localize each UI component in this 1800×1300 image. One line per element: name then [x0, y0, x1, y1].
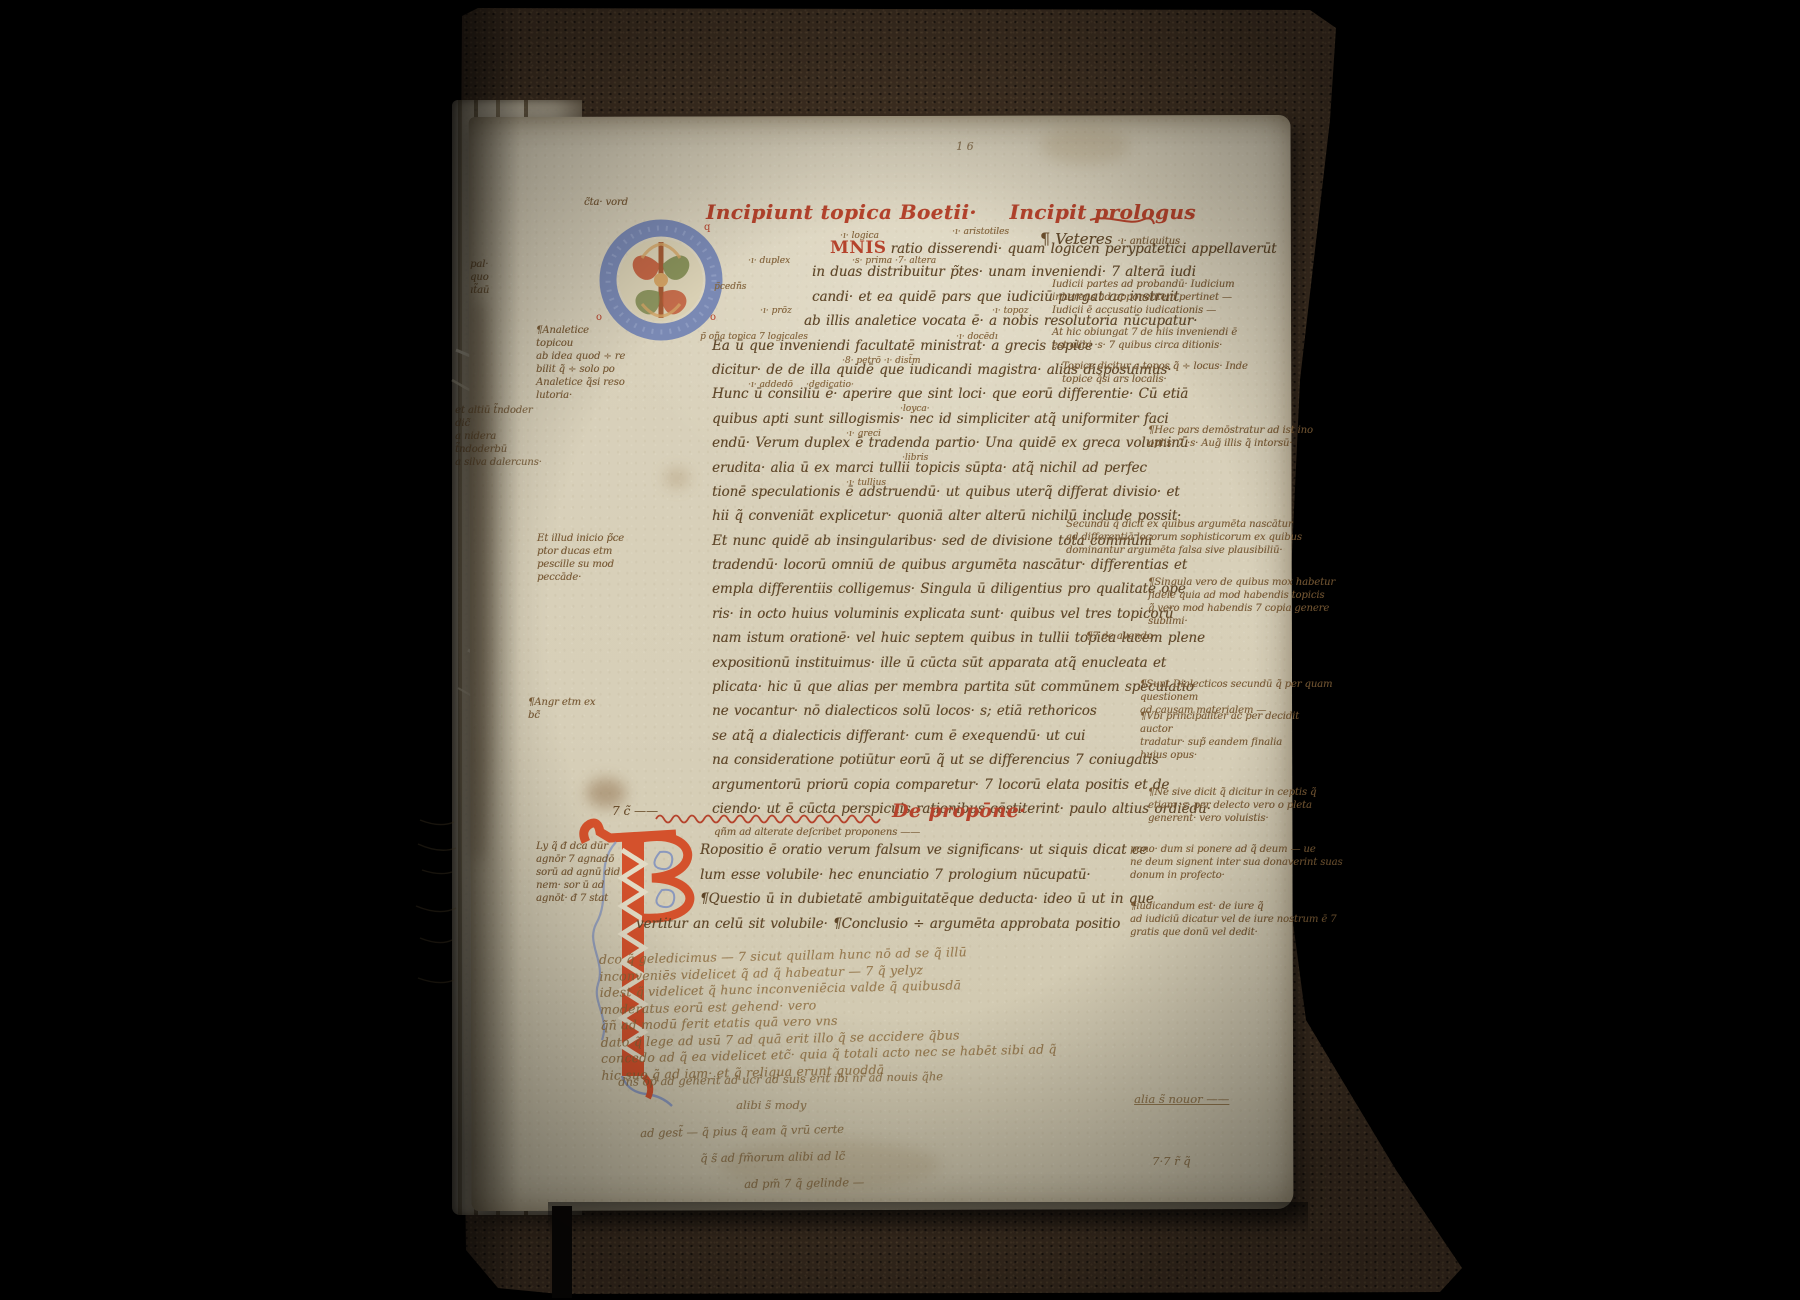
interlinear-gloss: ·ı· docēdı [956, 332, 998, 342]
main-text-line: se atq̃ a dialecticis differant· cum ē e… [712, 724, 1158, 748]
interlinear-gloss: ·s· prima ·7· altera [852, 256, 936, 266]
interlinear-gloss: ·dedicatio· [806, 380, 854, 390]
paragraph-mark: ¶ [1040, 229, 1050, 248]
left-gloss: Ly q̃ đ dca dūr agnōr 7 agnadō sorū ad a… [536, 840, 626, 905]
propositio-paragraph: Ropositio ē oratio verum falsum ve signi… [700, 838, 1152, 936]
prop-line: lum esse volubile· hec enunciatio 7 prol… [700, 863, 1152, 888]
manuscript-photo: c̃ta· vord 1 6 Incipiunt topica Boetii· … [0, 0, 1800, 1300]
main-text-line: empla differentiis colligemus· Singula ū… [712, 577, 1158, 601]
right-gloss: Topice dicitur a topos q̃ ÷ locus· Inde … [1062, 360, 1292, 386]
veteres-gloss: ·ı· antiquitus [1117, 236, 1180, 247]
main-text-line: quibus apti sunt sillogismis· nec id sim… [712, 407, 1158, 431]
interlinear-gloss: p̃cedñs [714, 282, 746, 292]
main-text-line: ne vocantur· nō dialecticos solū locos· … [712, 699, 1158, 723]
rubric-flourish-icon [1088, 212, 1158, 230]
interlinear-gloss: ·ı· topoz [992, 306, 1028, 316]
right-gloss: ¶Vbi principaliter ac per decidit auctor… [1140, 710, 1330, 762]
spine-text-bits: pal· quo ıt̃aū [470, 258, 489, 297]
right-gloss: Secundū q̃ dicit ex quibus argumēta nasc… [1066, 518, 1336, 557]
prop-line: ¶Questio ū in dubietatē ambiguitatēque d… [700, 887, 1152, 912]
left-gloss: et altiū t̃ndoder dic̃ a nidera t̃ndoder… [455, 404, 545, 469]
right-gloss: ¶Singula vero de quibus mox habetur fide… [1148, 576, 1348, 628]
red-versal: MNIS [830, 238, 887, 258]
main-text-line: plicata· hic ū que alias per membra part… [712, 675, 1158, 699]
right-gloss: Iudicii partes ad probandū· Iudicium inh… [1052, 278, 1282, 317]
interlinear-gloss: ·ı· greci [846, 429, 881, 439]
illuminated-initial-O [602, 222, 724, 338]
faded-fragment: 7·7 r̃ q̃ [1152, 1154, 1190, 1168]
main-text-line: tionē speculationis ē adstruendū· ut qui… [712, 480, 1158, 504]
interlinear-gloss: ·libris [902, 453, 928, 463]
de-propositione-rubric: De propōne· [892, 800, 1026, 822]
faded-fragment: alibi s̃ mody [736, 1098, 806, 1112]
veteres-word: Veteres [1055, 230, 1112, 248]
interlinear-gloss: p̃ oña topica 7 logicales [700, 332, 808, 342]
main-text-line: expositionū instituimus· ille ū cūcta sū… [712, 651, 1158, 675]
left-gloss: Et illud inicio p̃ce ptor ducas etm pesc… [537, 532, 627, 584]
right-gloss: ¶iudicandum est· de iure q̃ ad iudiciū d… [1130, 900, 1350, 939]
interlinear-gloss: ·ı· tullius [846, 478, 886, 488]
left-gloss: ¶Angr etm ex bc̃ [528, 696, 608, 722]
interlinear-gloss: ·ı· addedō [748, 380, 793, 390]
page-bottom-shadow [548, 1202, 1308, 1236]
interlinear-gloss: ·ı· aristotiles [952, 227, 1009, 237]
incipit-rubric-part1: Incipiunt topica Boetii· [706, 200, 977, 224]
interlinear-gloss: ·loyca· [900, 404, 930, 414]
main-text-line: erudita· alia ū ex marci tullii topicis … [712, 456, 1158, 480]
main-text-line: na consideratione potiūtur eorū q̃ ut se… [712, 748, 1158, 772]
prop-line: Ropositio ē oratio verum falsum ve signi… [700, 838, 1152, 863]
right-gloss: At hic obiungat 7 de hiis inveniendi ē e… [1052, 326, 1292, 352]
veteres-addition: ¶ Veteres ·ı· antiquitus [1040, 229, 1180, 248]
top-margin-note: c̃ta· vord [584, 196, 628, 209]
main-text-line: endū· Verum duplex ē tradenda partio· Un… [712, 431, 1158, 455]
right-gloss: pono· dum si ponere ad q̃ deum — ue ne d… [1130, 843, 1350, 882]
prop-line: vertitur an celū sit volubile· ¶Conclusi… [636, 912, 1152, 937]
main-text-line: ris· in octo huius voluminis explicata s… [712, 602, 1158, 626]
right-gloss: ¶Hec pars demōstratur ad ist ino oplis· … [1148, 424, 1328, 450]
faded-fragment: ad pm̃ 7 q̃ gelinde — [744, 1175, 864, 1191]
cursive-annotations: dco q̃ geledicimus — 7 sicut quillam hun… [599, 940, 1162, 1084]
faded-fragment: alia s̃ nouor —— [1134, 1092, 1229, 1106]
faded-fragment: q̃ s̃ ad fm̃orum alibi ad lc̃ [700, 1149, 845, 1166]
folio-mark: 1 6 [956, 140, 974, 153]
interlinear-gloss: ·ı· duplex [748, 256, 790, 266]
interlinear-gloss: ·ı· logica [840, 231, 879, 241]
gutter-shadow-slot [552, 1206, 572, 1298]
main-text-line: argumentorū priorū copia comparetur· 7 l… [712, 773, 1158, 797]
right-gloss: ¶7 de avendo· [1086, 630, 1156, 643]
right-gloss: ¶Ne sive dicit q̃ dicitur in ceptis q̃ e… [1148, 786, 1348, 825]
interlinear-gloss: ·ı· prōz [760, 306, 792, 316]
interlinear-gloss: ·8· petrō ·ı· dist̃m [842, 356, 920, 366]
left-gloss: ¶Analetice topicou ab idea quod ÷ re bil… [536, 324, 626, 402]
